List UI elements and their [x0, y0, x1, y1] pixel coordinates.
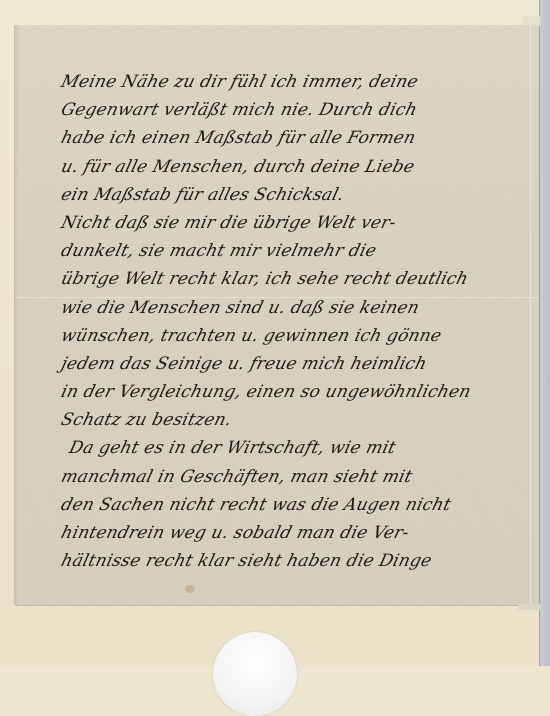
text-line: wie die Menschen sind u. daß sie keinen	[58, 294, 535, 322]
text-line: hintendrein weg u. sobald man die Ver-	[58, 519, 535, 547]
text-line: den Sachen nicht recht was die Augen nic…	[58, 491, 535, 519]
sheet-edge	[15, 25, 19, 605]
text-line: u. für alle Menschen, durch deine Liebe	[58, 153, 535, 181]
text-line: hältnisse recht klar sieht haben die Din…	[58, 547, 535, 575]
text-line: Schatz zu besitzen.	[58, 406, 535, 434]
paper-flap-bottom	[518, 604, 540, 610]
text-line: Da geht es in der Wirtschaft, wie mit	[58, 434, 535, 462]
text-line: Meine Nähe zu dir fühl ich immer, deine	[58, 68, 535, 96]
text-line: dunkelt, sie macht mir vielmehr die	[58, 237, 535, 265]
text-line: übrige Welt recht klar, ich sehe recht d…	[58, 265, 535, 293]
text-line: habe ich einen Maßstab für alle Formen	[58, 124, 535, 152]
text-line: in der Vergleichung, einen so ungewöhnli…	[58, 378, 535, 406]
text-line: wünschen, trachten u. gewinnen ich gönne	[58, 322, 535, 350]
text-line: jedem das Seinige u. freue mich heimlich	[58, 350, 535, 378]
handwritten-text: Meine Nähe zu dir fühl ich immer, deine …	[58, 68, 528, 575]
mount-right-strip	[539, 0, 550, 666]
paper-stain	[185, 585, 195, 593]
text-line: Gegenwart verläßt mich nie. Durch dich	[58, 96, 535, 124]
text-line: Nicht daß sie mir die übrige Welt ver-	[58, 209, 535, 237]
text-line: ein Maßstab für alles Schicksal.	[58, 181, 535, 209]
text-line: manchmal in Geschäften, man sieht mit	[58, 463, 535, 491]
